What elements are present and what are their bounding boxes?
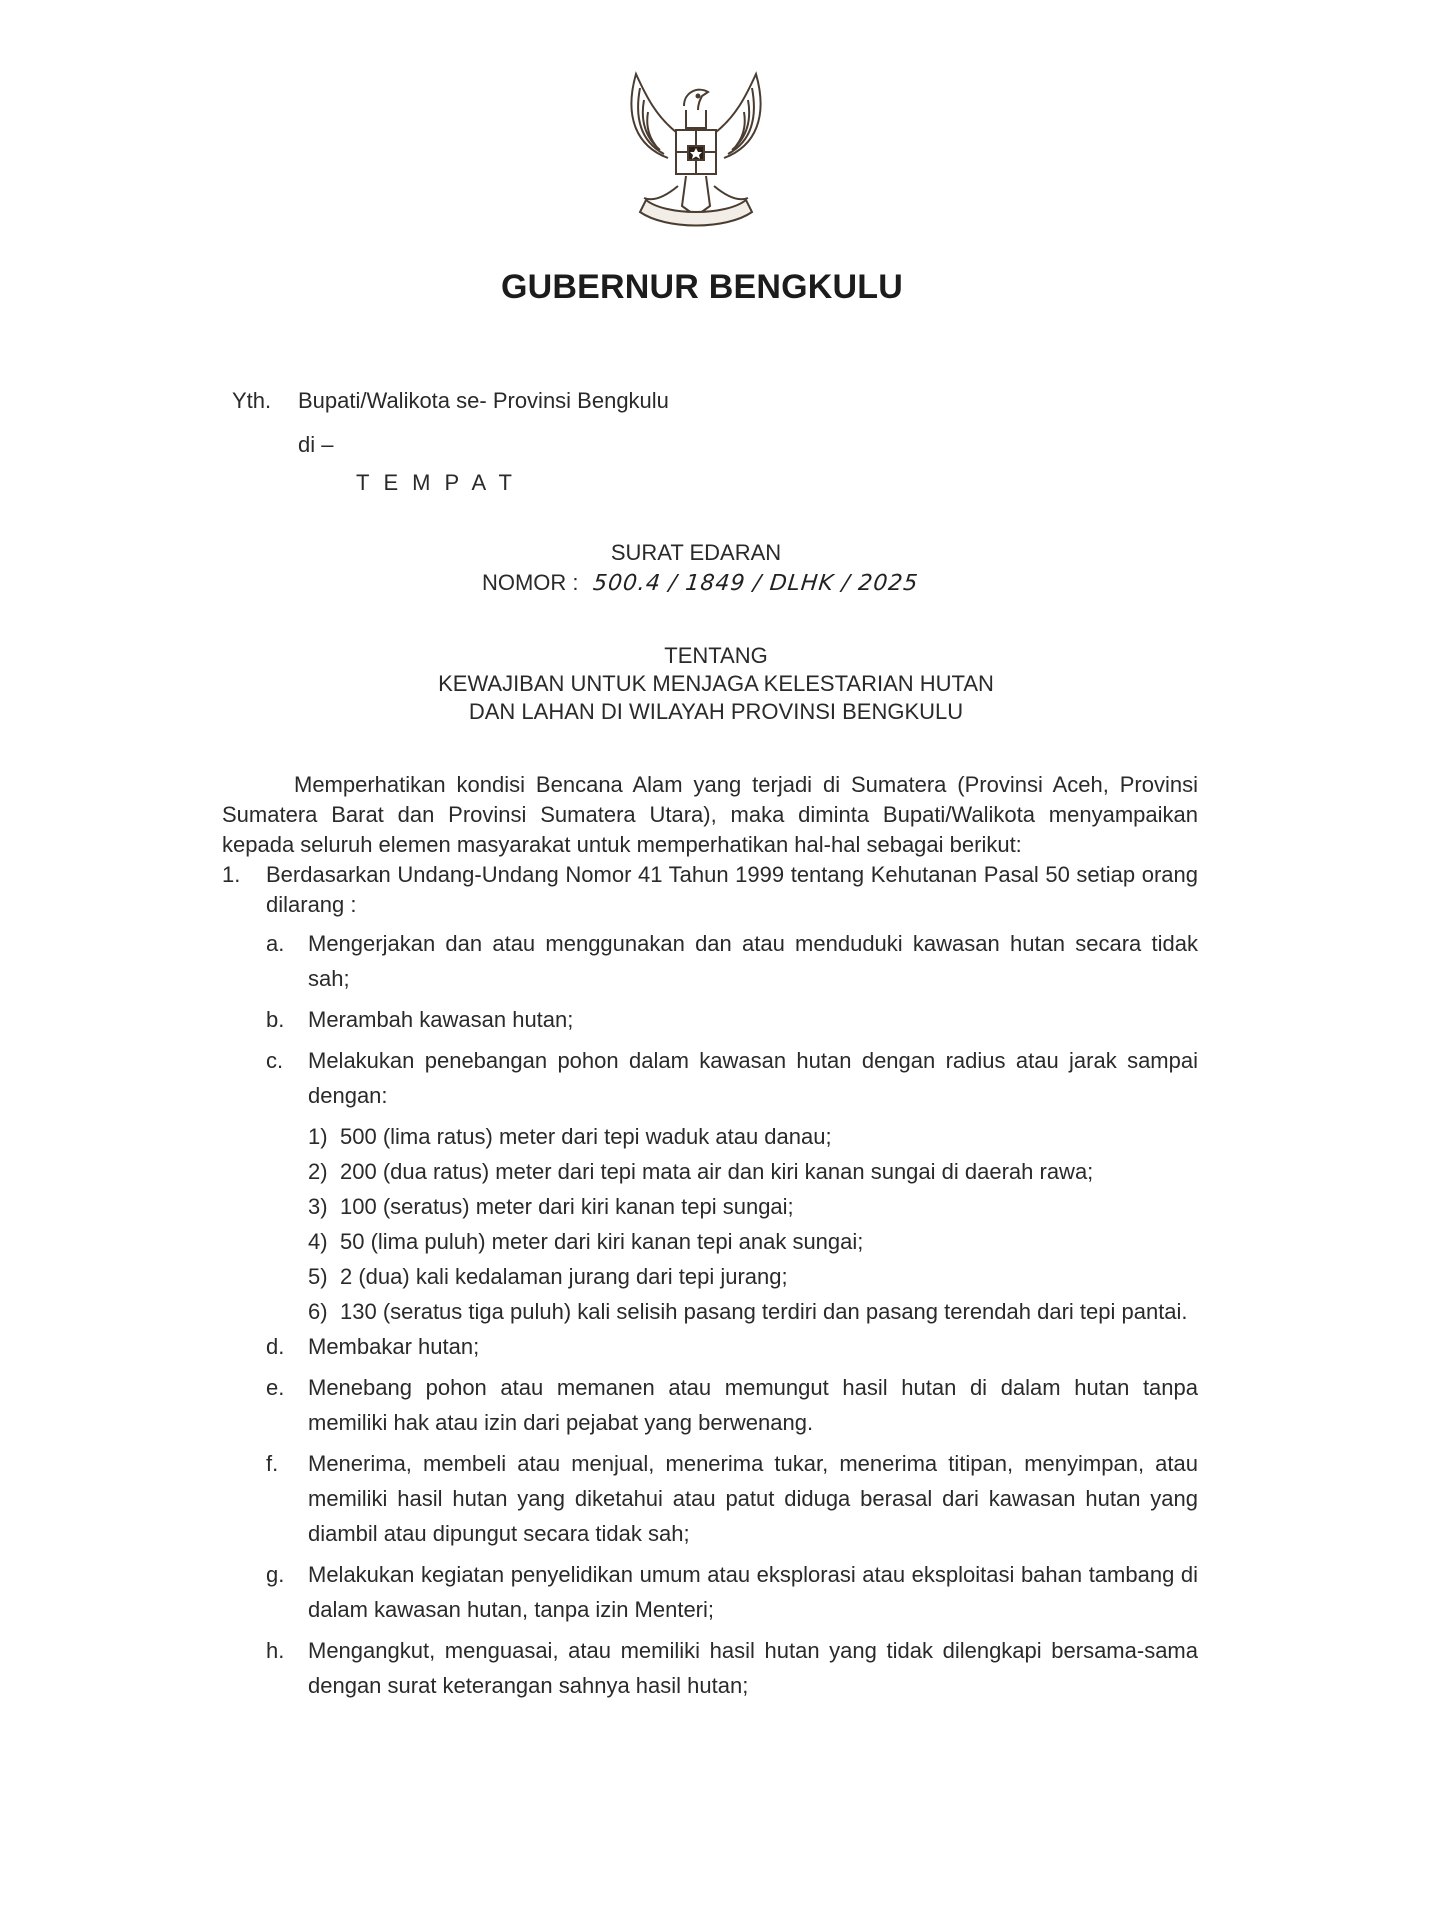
numbered-point: 1.Berdasarkan Undang-Undang Nomor 41 Tah… [222,860,1198,920]
item-letter: e. [266,1370,284,1405]
lettered-item: a.Mengerjakan dan atau menggunakan dan a… [222,926,1198,996]
distance-item: 1)500 (lima ratus) meter dari tepi waduk… [222,1119,1198,1154]
lettered-item: h.Mengangkut, menguasai, atau memiliki h… [222,1633,1198,1703]
item-letter: a. [266,926,284,961]
distance-text: 200 (dua ratus) meter dari tepi mata air… [340,1159,1093,1184]
subject-line-2: DAN LAHAN DI WILAYAH PROVINSI BENGKULU [0,698,1436,726]
recipient-location-prefix: di – [298,432,333,458]
letter-heading: SURAT EDARAN NOMOR : 500.4 / 1849 / DLHK… [0,540,1440,596]
item-text: Mengerjakan dan atau menggunakan dan ata… [308,931,1198,991]
item-letter: b. [266,1002,284,1037]
item-text: Merambah kawasan hutan; [308,1007,573,1032]
distance-item: 6)130 (seratus tiga puluh) kali selisih … [222,1294,1198,1329]
recipient-place: TEMPAT [356,470,526,496]
distance-item: 2)200 (dua ratus) meter dari tepi mata a… [222,1154,1198,1189]
distance-text: 2 (dua) kali kedalaman jurang dari tepi … [340,1264,788,1289]
item-letter: h. [266,1633,284,1668]
distance-number: 5) [308,1259,328,1294]
item-letter: f. [266,1446,278,1481]
distance-number: 4) [308,1224,328,1259]
distance-text: 130 (seratus tiga puluh) kali selisih pa… [340,1299,1188,1324]
point-number: 1. [222,860,240,890]
lettered-list: a.Mengerjakan dan atau menggunakan dan a… [222,926,1198,1703]
point-text: Berdasarkan Undang-Undang Nomor 41 Tahun… [266,862,1198,917]
issuer-title: GUBERNUR BENGKULU [0,268,1422,307]
item-letter: d. [266,1329,284,1364]
distance-number: 1) [308,1119,328,1154]
letter-body: Memperhatikan kondisi Bencana Alam yang … [222,770,1198,1709]
item-text: Membakar hutan; [308,1334,479,1359]
subject-line-1: KEWAJIBAN UNTUK MENJAGA KELESTARIAN HUTA… [0,670,1436,698]
document-page: GUBERNUR BENGKULU Yth. Bupati/Walikota s… [0,0,1440,1920]
letter-number-label: NOMOR : [482,570,579,595]
garuda-emblem-icon [606,66,786,266]
item-text: Melakukan kegiatan penyelidikan umum ata… [308,1562,1198,1622]
lettered-item: c.Melakukan penebangan pohon dalam kawas… [222,1043,1198,1113]
item-letter: c. [266,1043,283,1078]
item-text: Menerima, membeli atau menjual, menerima… [308,1451,1198,1546]
item-text: Mengangkut, menguasai, atau memiliki has… [308,1638,1198,1698]
distance-text: 500 (lima ratus) meter dari tepi waduk a… [340,1124,832,1149]
recipient: Bupati/Walikota se- Provinsi Bengkulu [298,388,669,414]
distance-text: 50 (lima puluh) meter dari kiri kanan te… [340,1229,863,1254]
distance-list: 1)500 (lima ratus) meter dari tepi waduk… [222,1119,1198,1329]
lettered-item: f.Menerima, membeli atau menjual, meneri… [222,1446,1198,1551]
lettered-item: b.Merambah kawasan hutan; [222,1002,1198,1037]
letter-subject: TENTANG KEWAJIBAN UNTUK MENJAGA KELESTAR… [0,642,1436,726]
distance-item: 4)50 (lima puluh) meter dari kiri kanan … [222,1224,1198,1259]
distance-number: 3) [308,1189,328,1224]
intro-paragraph: Memperhatikan kondisi Bencana Alam yang … [222,770,1198,860]
item-text: Melakukan penebangan pohon dalam kawasan… [308,1048,1198,1108]
letter-number-value: 500.4 / 1849 / DLHK / 2025 [591,571,919,596]
lettered-item: g.Melakukan kegiatan penyelidikan umum a… [222,1557,1198,1627]
numbered-points: 1.Berdasarkan Undang-Undang Nomor 41 Tah… [222,860,1198,1703]
lettered-item: e.Menebang pohon atau memanen atau memun… [222,1370,1198,1440]
lettered-item: d.Membakar hutan; [222,1329,1198,1364]
distance-number: 2) [308,1154,328,1189]
letter-type: SURAT EDARAN [0,540,1416,566]
item-letter: g. [266,1557,284,1592]
subject-label: TENTANG [0,642,1436,670]
distance-text: 100 (seratus) meter dari kiri kanan tepi… [340,1194,794,1219]
distance-item: 3)100 (seratus) meter dari kiri kanan te… [222,1189,1198,1224]
salutation: Yth. [232,388,271,414]
distance-item: 5)2 (dua) kali kedalaman jurang dari tep… [222,1259,1198,1294]
item-text: Menebang pohon atau memanen atau memungu… [308,1375,1198,1435]
distance-number: 6) [308,1294,328,1329]
letter-number-row: NOMOR : 500.4 / 1849 / DLHK / 2025 [0,570,1420,596]
